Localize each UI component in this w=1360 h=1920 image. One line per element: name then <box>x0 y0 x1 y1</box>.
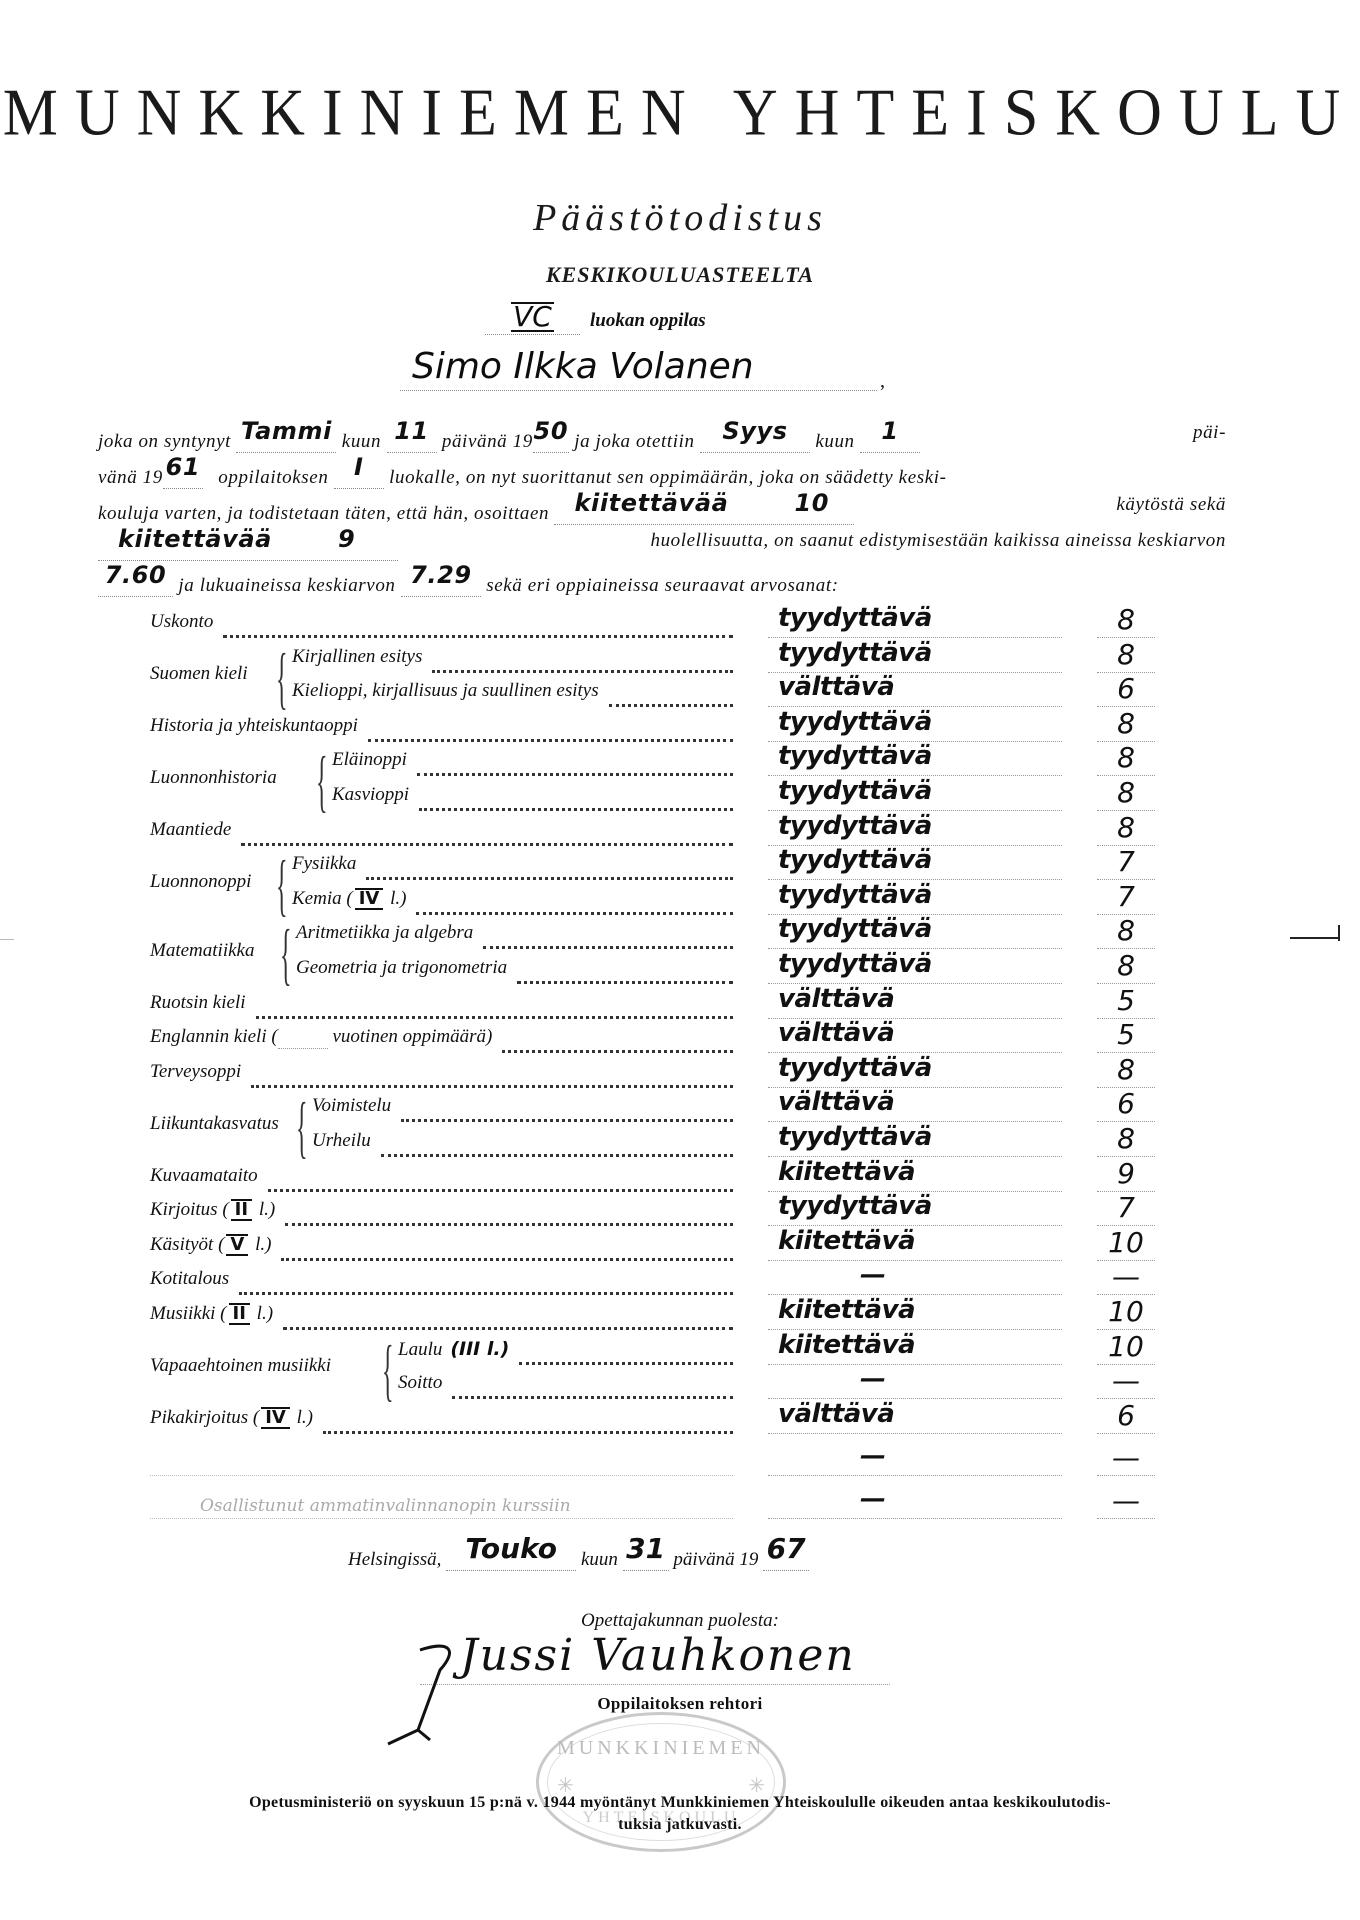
intro-text: vänä 19 <box>98 467 163 488</box>
dotted-leader <box>223 635 733 638</box>
subject-label: Kielioppi, kirjallisuus ja suullinen esi… <box>292 680 599 702</box>
diligence-grade: 9 <box>338 524 355 554</box>
dotted-leader <box>268 1189 733 1192</box>
intro-text: kuun <box>815 431 854 452</box>
intro-text: joka on syntynyt <box>98 431 231 452</box>
verbal-grade: tyydyttävä <box>778 845 932 875</box>
dotted-leader <box>285 1223 733 1226</box>
verbal-grade: välttävä <box>778 1399 894 1429</box>
numeric-grade: 5 <box>1097 984 1155 1017</box>
verbal-grade: — <box>860 1484 886 1514</box>
class-value: VC <box>511 302 554 332</box>
closing-year-field: 67 <box>763 1540 809 1571</box>
subject-label: Uskonto <box>150 611 213 633</box>
numeric-grade: 6 <box>1097 1087 1155 1120</box>
numeric-grade-field <box>1097 1475 1155 1476</box>
verbal-grade-field <box>768 1518 1062 1519</box>
closing-month: Touko <box>465 1532 557 1565</box>
birth-month-field: Tammi <box>236 422 336 453</box>
admit-month: Syys <box>722 417 787 445</box>
class-level: II <box>229 1303 250 1325</box>
dotted-leader <box>452 1396 733 1399</box>
grade-row: Ruotsin kielivälttävä5 <box>0 988 1360 1022</box>
grade-row: Kirjoitus (II l.)tyydyttävä7 <box>0 1195 1360 1229</box>
subject-label: Voimistelu <box>312 1095 391 1117</box>
verbal-grade: — <box>860 1260 886 1290</box>
grade-row: Käsityöt (V l.)kiitettävä10 <box>0 1230 1360 1264</box>
numeric-grade: 10 <box>1097 1226 1155 1259</box>
subject-label: Pikakirjoitus (IV l.) <box>150 1407 313 1429</box>
numeric-grade: 7 <box>1097 1191 1155 1224</box>
intro-text: käytöstä sekä <box>1116 494 1226 516</box>
subject-label: Maantiede <box>150 819 231 841</box>
stamp-top-text: MUNKKINIEMEN <box>539 1737 783 1760</box>
subject-group-label: Vapaaehtoinen musiikki <box>150 1355 331 1377</box>
dotted-leader <box>416 912 733 915</box>
grade-row: Terveysoppityydyttävä8 <box>0 1057 1360 1091</box>
closing-text: päivänä 19 <box>673 1549 758 1570</box>
grade-row: Historia ja yhteiskuntaoppityydyttävä8 <box>0 711 1360 745</box>
verbal-grade-field <box>768 1364 1062 1365</box>
blank-line <box>150 1518 733 1519</box>
numeric-grade: 10 <box>1097 1295 1155 1328</box>
dotted-leader <box>432 670 733 673</box>
subject-label: Kirjallinen esitys <box>292 646 422 668</box>
verbal-grade: tyydyttävä <box>778 949 932 979</box>
verbal-grade: välttävä <box>778 672 894 702</box>
subject-label: Kuvaamataito <box>150 1165 258 1187</box>
closing-month-field: Touko <box>446 1540 576 1571</box>
birth-year-field: 50 <box>533 422 569 453</box>
subject-label: Osallistunut ammatinvalinnanopin kurssii… <box>200 1496 571 1516</box>
verbal-grade: välttävä <box>778 1087 894 1117</box>
class-label: luokan oppilas <box>590 310 706 332</box>
numeric-grade: 8 <box>1097 707 1155 740</box>
verbal-grade: tyydyttävä <box>778 1191 932 1221</box>
verbal-grade: tyydyttävä <box>778 1122 932 1152</box>
subject-label: Fysiikka <box>292 853 356 875</box>
intro-text: luokalle, on nyt suorittanut sen oppimää… <box>389 467 946 488</box>
class-level: IV <box>261 1407 290 1429</box>
student-name: Simo Ilkka Volanen <box>412 346 754 387</box>
birth-day-field: 11 <box>387 422 437 453</box>
brace: { <box>276 644 288 713</box>
admit-year: 61 <box>166 453 201 481</box>
brace: { <box>276 851 288 920</box>
dotted-leader <box>368 739 733 742</box>
verbal-grade: tyydyttävä <box>778 880 932 910</box>
verbal-grade: kiitettävä <box>778 1157 915 1187</box>
dotted-leader <box>256 1016 733 1019</box>
dotted-leader <box>483 946 733 949</box>
signer-title: Oppilaitoksen rehtori <box>0 1694 1360 1714</box>
overall-average-field: 7.60 <box>98 566 173 597</box>
admit-year-field: 61 <box>163 458 203 489</box>
closing-day: 31 <box>626 1532 665 1565</box>
closing-year: 67 <box>767 1532 806 1565</box>
admit-class-field: I <box>334 458 384 489</box>
subject-group-label: Suomen kieli <box>150 663 248 685</box>
subject-label: Englannin kieli ( vuotinen oppimäärä) <box>150 1026 492 1049</box>
conduct-field: kiitettävää10 <box>554 494 854 525</box>
grade-row: Osallistunut ammatinvalinnanopin kurssii… <box>0 1488 1360 1522</box>
verbal-grade: tyydyttävä <box>778 914 932 944</box>
birth-day: 11 <box>394 417 429 445</box>
subject-label: Kemia (IV l.) <box>292 888 406 910</box>
numeric-grade-field <box>1097 1518 1155 1519</box>
subject-label: Eläinoppi <box>332 749 407 771</box>
conduct-word: kiitettävää <box>574 489 728 517</box>
numeric-grade: — <box>1097 1441 1155 1474</box>
intro-text: sekä eri oppiaineissa seuraavat arvosana… <box>486 575 838 596</box>
grade-row: Musiikki (II l.)kiitettävä10 <box>0 1299 1360 1333</box>
student-name-field: Simo Ilkka Volanen <box>400 352 877 391</box>
numeric-grade: 8 <box>1097 638 1155 671</box>
subject-group-label: Matematiikka <box>150 940 254 962</box>
numeric-grade: 8 <box>1097 914 1155 947</box>
grade-row: Pikakirjoitus (IV l.)välttävä6 <box>0 1403 1360 1437</box>
verbal-grade: kiitettävä <box>778 1330 915 1360</box>
footer-line: tuksia jatkuvasti. <box>0 1814 1360 1836</box>
class-level: II <box>231 1199 252 1221</box>
subject-label: Terveysoppi <box>150 1061 241 1083</box>
verbal-grade: — <box>860 1441 886 1471</box>
dotted-leader <box>283 1327 733 1330</box>
brace: { <box>296 1093 308 1162</box>
subject-label: Laulu(III l.) <box>398 1338 509 1361</box>
brace: { <box>280 920 292 989</box>
subject-label: Historia ja yhteiskuntaoppi <box>150 715 358 737</box>
numeric-grade: 6 <box>1097 672 1155 705</box>
verbal-grade: tyydyttävä <box>778 638 932 668</box>
subject-group-label: Luonnonoppi <box>150 871 251 893</box>
dotted-leader <box>381 1154 733 1157</box>
grade-row: Kuvaamataitokiitettävä9 <box>0 1161 1360 1195</box>
years-field <box>278 1026 328 1049</box>
dotted-leader <box>517 981 733 984</box>
birth-year: 50 <box>534 417 569 445</box>
numeric-grade: 9 <box>1097 1157 1155 1190</box>
numeric-grade: 10 <box>1097 1330 1155 1363</box>
subject-label: Urheilu <box>312 1130 371 1152</box>
intro-text: huolellisuutta, on saanut edistymisestää… <box>650 530 1226 552</box>
school-name: MUNKKINIEMEN YHTEISKOULU <box>0 75 1360 152</box>
birth-month: Tammi <box>241 417 332 445</box>
subject-label: Käsityöt (V l.) <box>150 1234 271 1256</box>
verbal-grade-field <box>768 1475 1062 1476</box>
grade-row: —— <box>0 1445 1360 1479</box>
on-behalf-label: Opettajakunnan puolesta: <box>0 1610 1360 1632</box>
dotted-leader <box>251 1085 733 1088</box>
grade-row: Kotitalous—— <box>0 1264 1360 1298</box>
edge-mark-left <box>0 939 14 940</box>
footer-line: Opetusministeriö on syyskuun 15 p:nä v. … <box>0 1792 1360 1814</box>
academic-average: 7.29 <box>410 561 472 589</box>
numeric-grade: 8 <box>1097 603 1155 636</box>
diligence-field: kiitettävää9 <box>98 530 398 561</box>
edge-mark <box>1290 937 1338 939</box>
diligence-word: kiitettävää <box>118 525 272 553</box>
subject-group-label: Liikuntakasvatus <box>150 1113 279 1135</box>
numeric-grade: — <box>1097 1484 1155 1517</box>
admit-month-field: Syys <box>700 422 810 453</box>
dotted-leader <box>417 773 733 776</box>
grade-row: Uskontotyydyttävä8 <box>0 607 1360 641</box>
dotted-leader <box>241 843 733 846</box>
subject-label: Soitto <box>398 1372 442 1394</box>
intro-text: oppilaitoksen <box>218 467 328 488</box>
verbal-grade: tyydyttävä <box>778 741 932 771</box>
subject-label: Kasvioppi <box>332 784 409 806</box>
verbal-grade-field <box>768 1260 1062 1261</box>
numeric-grade: — <box>1097 1260 1155 1293</box>
dotted-leader <box>502 1050 733 1053</box>
verbal-grade-field <box>768 1433 1062 1434</box>
admit-class: I <box>354 453 364 481</box>
verbal-grade: kiitettävä <box>778 1226 915 1256</box>
subject-label: Kotitalous <box>150 1268 229 1290</box>
verbal-grade: kiitettävä <box>778 1295 915 1325</box>
verbal-grade: tyydyttävä <box>778 603 932 633</box>
footer-note: Opetusministeriö on syyskuun 15 p:nä v. … <box>0 1792 1360 1836</box>
closing-date-line: Helsingissä, Touko kuun 31 päivänä 19 67 <box>348 1540 1048 1576</box>
brace: { <box>382 1336 394 1405</box>
intro-text: kouluja varten, ja todistetaan täten, et… <box>98 503 549 524</box>
subject-group-label: Luonnonhistoria <box>150 767 277 789</box>
class-level: IV <box>355 888 384 910</box>
class-field: VC <box>485 302 580 335</box>
document-subtitle: KESKIKOULUASTEELTA <box>0 262 1360 288</box>
dotted-leader <box>519 1362 733 1365</box>
closing-place: Helsingissä, <box>348 1549 441 1570</box>
intro-paragraph: joka on syntynyt Tammi kuun 11 päivänä 1… <box>98 422 1226 602</box>
verbal-grade: tyydyttävä <box>778 776 932 806</box>
closing-text: kuun <box>581 1549 618 1570</box>
verbal-grade: välttävä <box>778 984 894 1014</box>
numeric-grade: 7 <box>1097 845 1155 878</box>
overall-average: 7.60 <box>105 561 167 589</box>
numeric-grade: 8 <box>1097 776 1155 809</box>
subject-label: Musiikki (II l.) <box>150 1303 273 1325</box>
class-level: V <box>226 1234 248 1256</box>
dotted-leader <box>609 704 733 707</box>
name-comma: , <box>880 370 885 393</box>
numeric-grade: 6 <box>1097 1399 1155 1432</box>
academic-average-field: 7.29 <box>401 566 481 597</box>
intro-text: ja joka otettiin <box>574 431 694 452</box>
verbal-grade: tyydyttävä <box>778 1053 932 1083</box>
dotted-leader <box>419 808 733 811</box>
conduct-grade: 10 <box>794 488 829 518</box>
dotted-leader <box>239 1292 733 1295</box>
numeric-grade: 7 <box>1097 880 1155 913</box>
blank-line <box>150 1475 733 1476</box>
numeric-grade: 8 <box>1097 811 1155 844</box>
intro-text: päivänä 19 <box>442 431 533 452</box>
subject-label: Kirjoitus (II l.) <box>150 1199 275 1221</box>
numeric-grade: 8 <box>1097 1122 1155 1155</box>
intro-text: kuun <box>342 431 381 452</box>
admit-day: 1 <box>881 417 898 445</box>
dotted-leader <box>401 1119 733 1122</box>
dotted-leader <box>366 877 733 880</box>
document-title: Päästötodistus <box>0 196 1360 240</box>
verbal-grade: tyydyttävä <box>778 707 932 737</box>
subject-label: Ruotsin kieli <box>150 992 246 1014</box>
intro-text: ja lukuaineissa keskiarvon <box>178 575 395 596</box>
numeric-grade: 8 <box>1097 949 1155 982</box>
grade-row: Maantiedetyydyttävä8 <box>0 815 1360 849</box>
numeric-grade: 5 <box>1097 1018 1155 1051</box>
grade-row: Englannin kieli ( vuotinen oppimäärä)väl… <box>0 1022 1360 1056</box>
intro-text: päi- <box>1193 422 1226 444</box>
signature: Jussi Vauhkonen <box>460 1630 856 1681</box>
numeric-grade: 8 <box>1097 1053 1155 1086</box>
dotted-leader <box>323 1431 733 1434</box>
numeric-grade: — <box>1097 1364 1155 1397</box>
subject-label: Geometria ja trigonometria <box>296 957 507 979</box>
class-note: (III l.) <box>450 1338 509 1360</box>
numeric-grade: 8 <box>1097 741 1155 774</box>
verbal-grade: välttävä <box>778 1018 894 1048</box>
dotted-leader <box>281 1258 733 1261</box>
verbal-grade: — <box>860 1364 886 1394</box>
admit-day-field: 1 <box>860 422 920 453</box>
verbal-grade: tyydyttävä <box>778 811 932 841</box>
closing-day-field: 31 <box>623 1540 669 1571</box>
subject-label: Aritmetiikka ja algebra <box>296 922 473 944</box>
brace: { <box>316 747 328 816</box>
numeric-grade-field <box>1097 1433 1155 1434</box>
